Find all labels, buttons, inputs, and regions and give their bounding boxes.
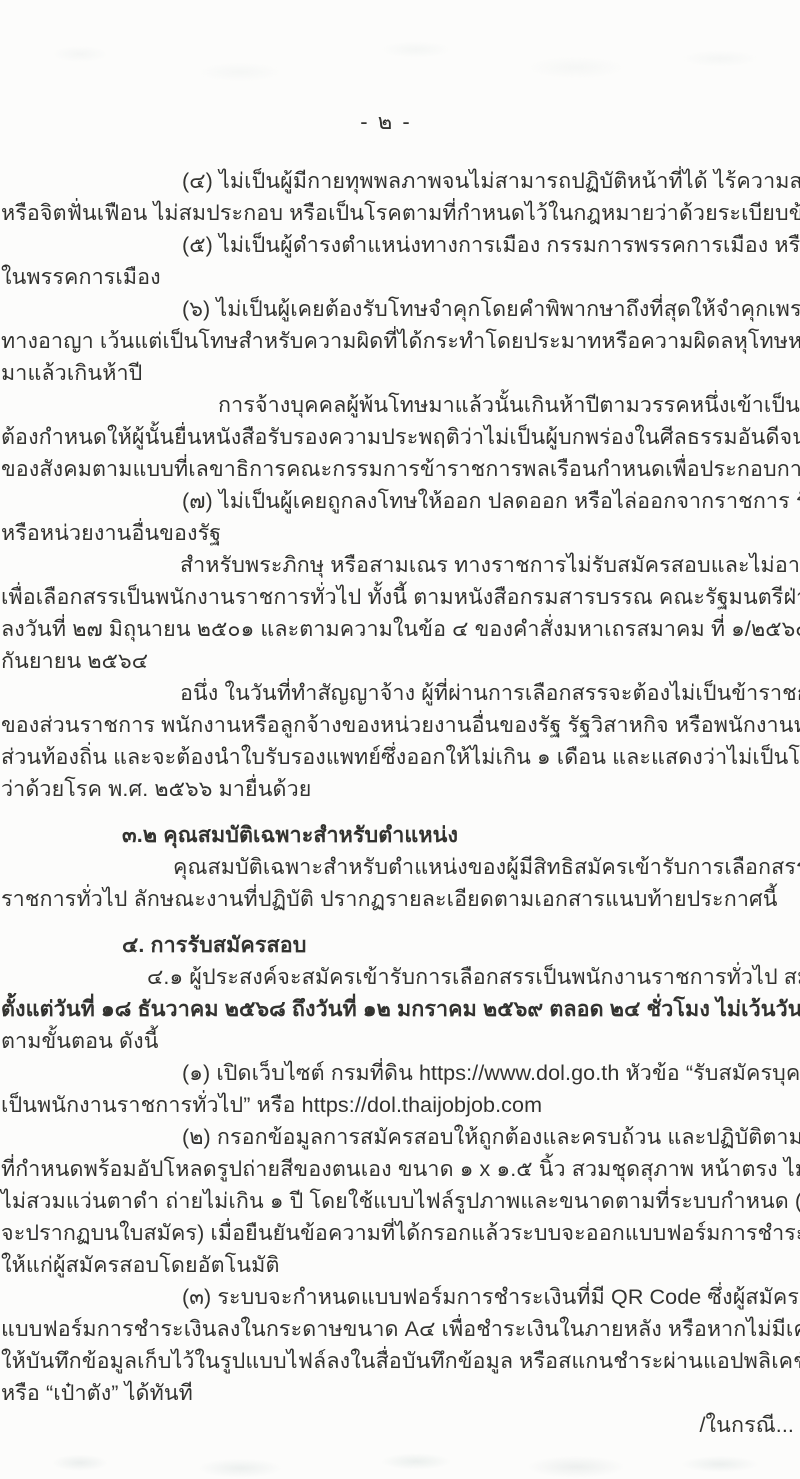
document-line: สำหรับพระภิกษุ หรือสามเณร ทางราชการไม่รั… — [180, 552, 800, 579]
document-line: ตามขั้นตอน ดังนี้ — [1, 1028, 159, 1055]
section-heading: ๔. การรับสมัครสอบ — [122, 932, 306, 959]
scan-artifact-bottom — [0, 1452, 800, 1479]
document-line: การจ้างบุคคลผู้พ้นโทษมาแล้วนั้นเกินห้าปี… — [218, 392, 800, 419]
document-line: ว่าด้วยโรค พ.ศ. ๒๕๖๖ มายื่นด้วย — [1, 776, 311, 803]
document-line: (๓) ระบบจะกำหนดแบบฟอร์มการชำระเงินที่มี … — [182, 1284, 800, 1311]
document-line: ให้บันทึกข้อมูลเก็บไว้ในรูปแบบไฟล์ลงในสื… — [1, 1348, 800, 1375]
continuation-mark: /ในกรณี... — [699, 1412, 794, 1439]
document-line: หรือจิตฟั่นเฟือน ไม่สมประกอบ หรือเป็นโรค… — [1, 200, 800, 227]
page-number: - ๒ - — [0, 104, 772, 139]
document-line: ที่กำหนดพร้อมอัปโหลดรูปถ่ายสีของตนเอง ขน… — [1, 1156, 800, 1183]
document-line: มาแล้วเกินห้าปี — [1, 360, 142, 387]
document-line: ส่วนท้องถิ่น และจะต้องนำใบรับรองแพทย์ซึ่… — [1, 744, 800, 771]
document-line: (๔) ไม่เป็นผู้มีกายทุพพลภาพจนไม่สามารถปฏ… — [182, 168, 800, 195]
document-line: หรือหน่วยงานอื่นของรัฐ — [1, 520, 221, 547]
document-line: เป็นพนักงานราชการทั่วไป” หรือ https://do… — [1, 1092, 542, 1119]
document-line: (๒) กรอกข้อมูลการสมัครสอบให้ถูกต้องและคร… — [182, 1124, 800, 1151]
document-line: อนึ่ง ในวันที่ทำสัญญาจ้าง ผู้ที่ผ่านการเ… — [180, 680, 800, 707]
document-line: (๗) ไม่เป็นผู้เคยถูกลงโทษให้ออก ปลดออก ห… — [182, 488, 800, 515]
scan-artifact-top — [0, 18, 800, 108]
document-line: แบบฟอร์มการชำระเงินลงในกระดาษขนาด A๔ เพื… — [1, 1316, 800, 1343]
document-line: หรือ “เป๋าตัง” ได้ทันที — [1, 1380, 193, 1407]
document-page: - ๒ - (๔) ไม่เป็นผู้มีกายทุพพลภาพจนไม่สา… — [0, 0, 800, 1479]
document-line: ๔.๑ ผู้ประสงค์จะสมัครเข้ารับการเลือกสรรเ… — [147, 964, 800, 991]
document-line: กันยายน ๒๕๖๔ — [1, 648, 148, 675]
document-line: ลงวันที่ ๒๗ มิถุนายน ๒๕๐๑ และตามความในข้… — [1, 616, 800, 643]
document-line: คุณสมบัติเฉพาะสำหรับตำแหน่งของผู้มีสิทธิ… — [173, 854, 800, 881]
document-line: (๑) เปิดเว็บไซต์ กรมที่ดิน https://www.d… — [182, 1060, 800, 1087]
document-line: เพื่อเลือกสรรเป็นพนักงานราชการทั่วไป ทั้… — [1, 584, 800, 611]
section-heading: ๓.๒ คุณสมบัติเฉพาะสำหรับตำแหน่ง — [122, 822, 458, 849]
document-line: ไม่สวมแว่นตาดำ ถ่ายไม่เกิน ๑ ปี โดยใช้แบ… — [1, 1188, 800, 1215]
document-line: (๕) ไม่เป็นผู้ดำรงตำแหน่งทางการเมือง กรร… — [182, 232, 800, 259]
document-line: ในพรรคการเมือง — [1, 264, 161, 291]
document-line: ราชการทั่วไป ลักษณะงานที่ปฏิบัติ ปรากฏรา… — [1, 886, 778, 913]
document-line: ของส่วนราชการ พนักงานหรือลูกจ้างของหน่วย… — [1, 712, 800, 739]
document-line: ให้แก่ผู้สมัครสอบโดยอัตโนมัติ — [1, 1252, 280, 1279]
document-line: จะปรากฏบนใบสมัคร) เมื่อยืนยันข้อความที่ไ… — [1, 1220, 800, 1247]
document-line: ตั้งแต่วันที่ ๑๘ ธันวาคม ๒๕๖๘ ถึงวันที่ … — [1, 996, 800, 1023]
document-line: ของสังคมตามแบบที่เลขาธิการคณะกรรมการข้าร… — [1, 456, 800, 483]
document-line: (๖) ไม่เป็นผู้เคยต้องรับโทษจำคุกโดยคำพิพ… — [182, 296, 800, 323]
document-line: ทางอาญา เว้นแต่เป็นโทษสำหรับความผิดที่ได… — [1, 328, 800, 355]
document-line: ต้องกำหนดให้ผู้นั้นยื่นหนังสือรับรองความ… — [1, 424, 800, 451]
